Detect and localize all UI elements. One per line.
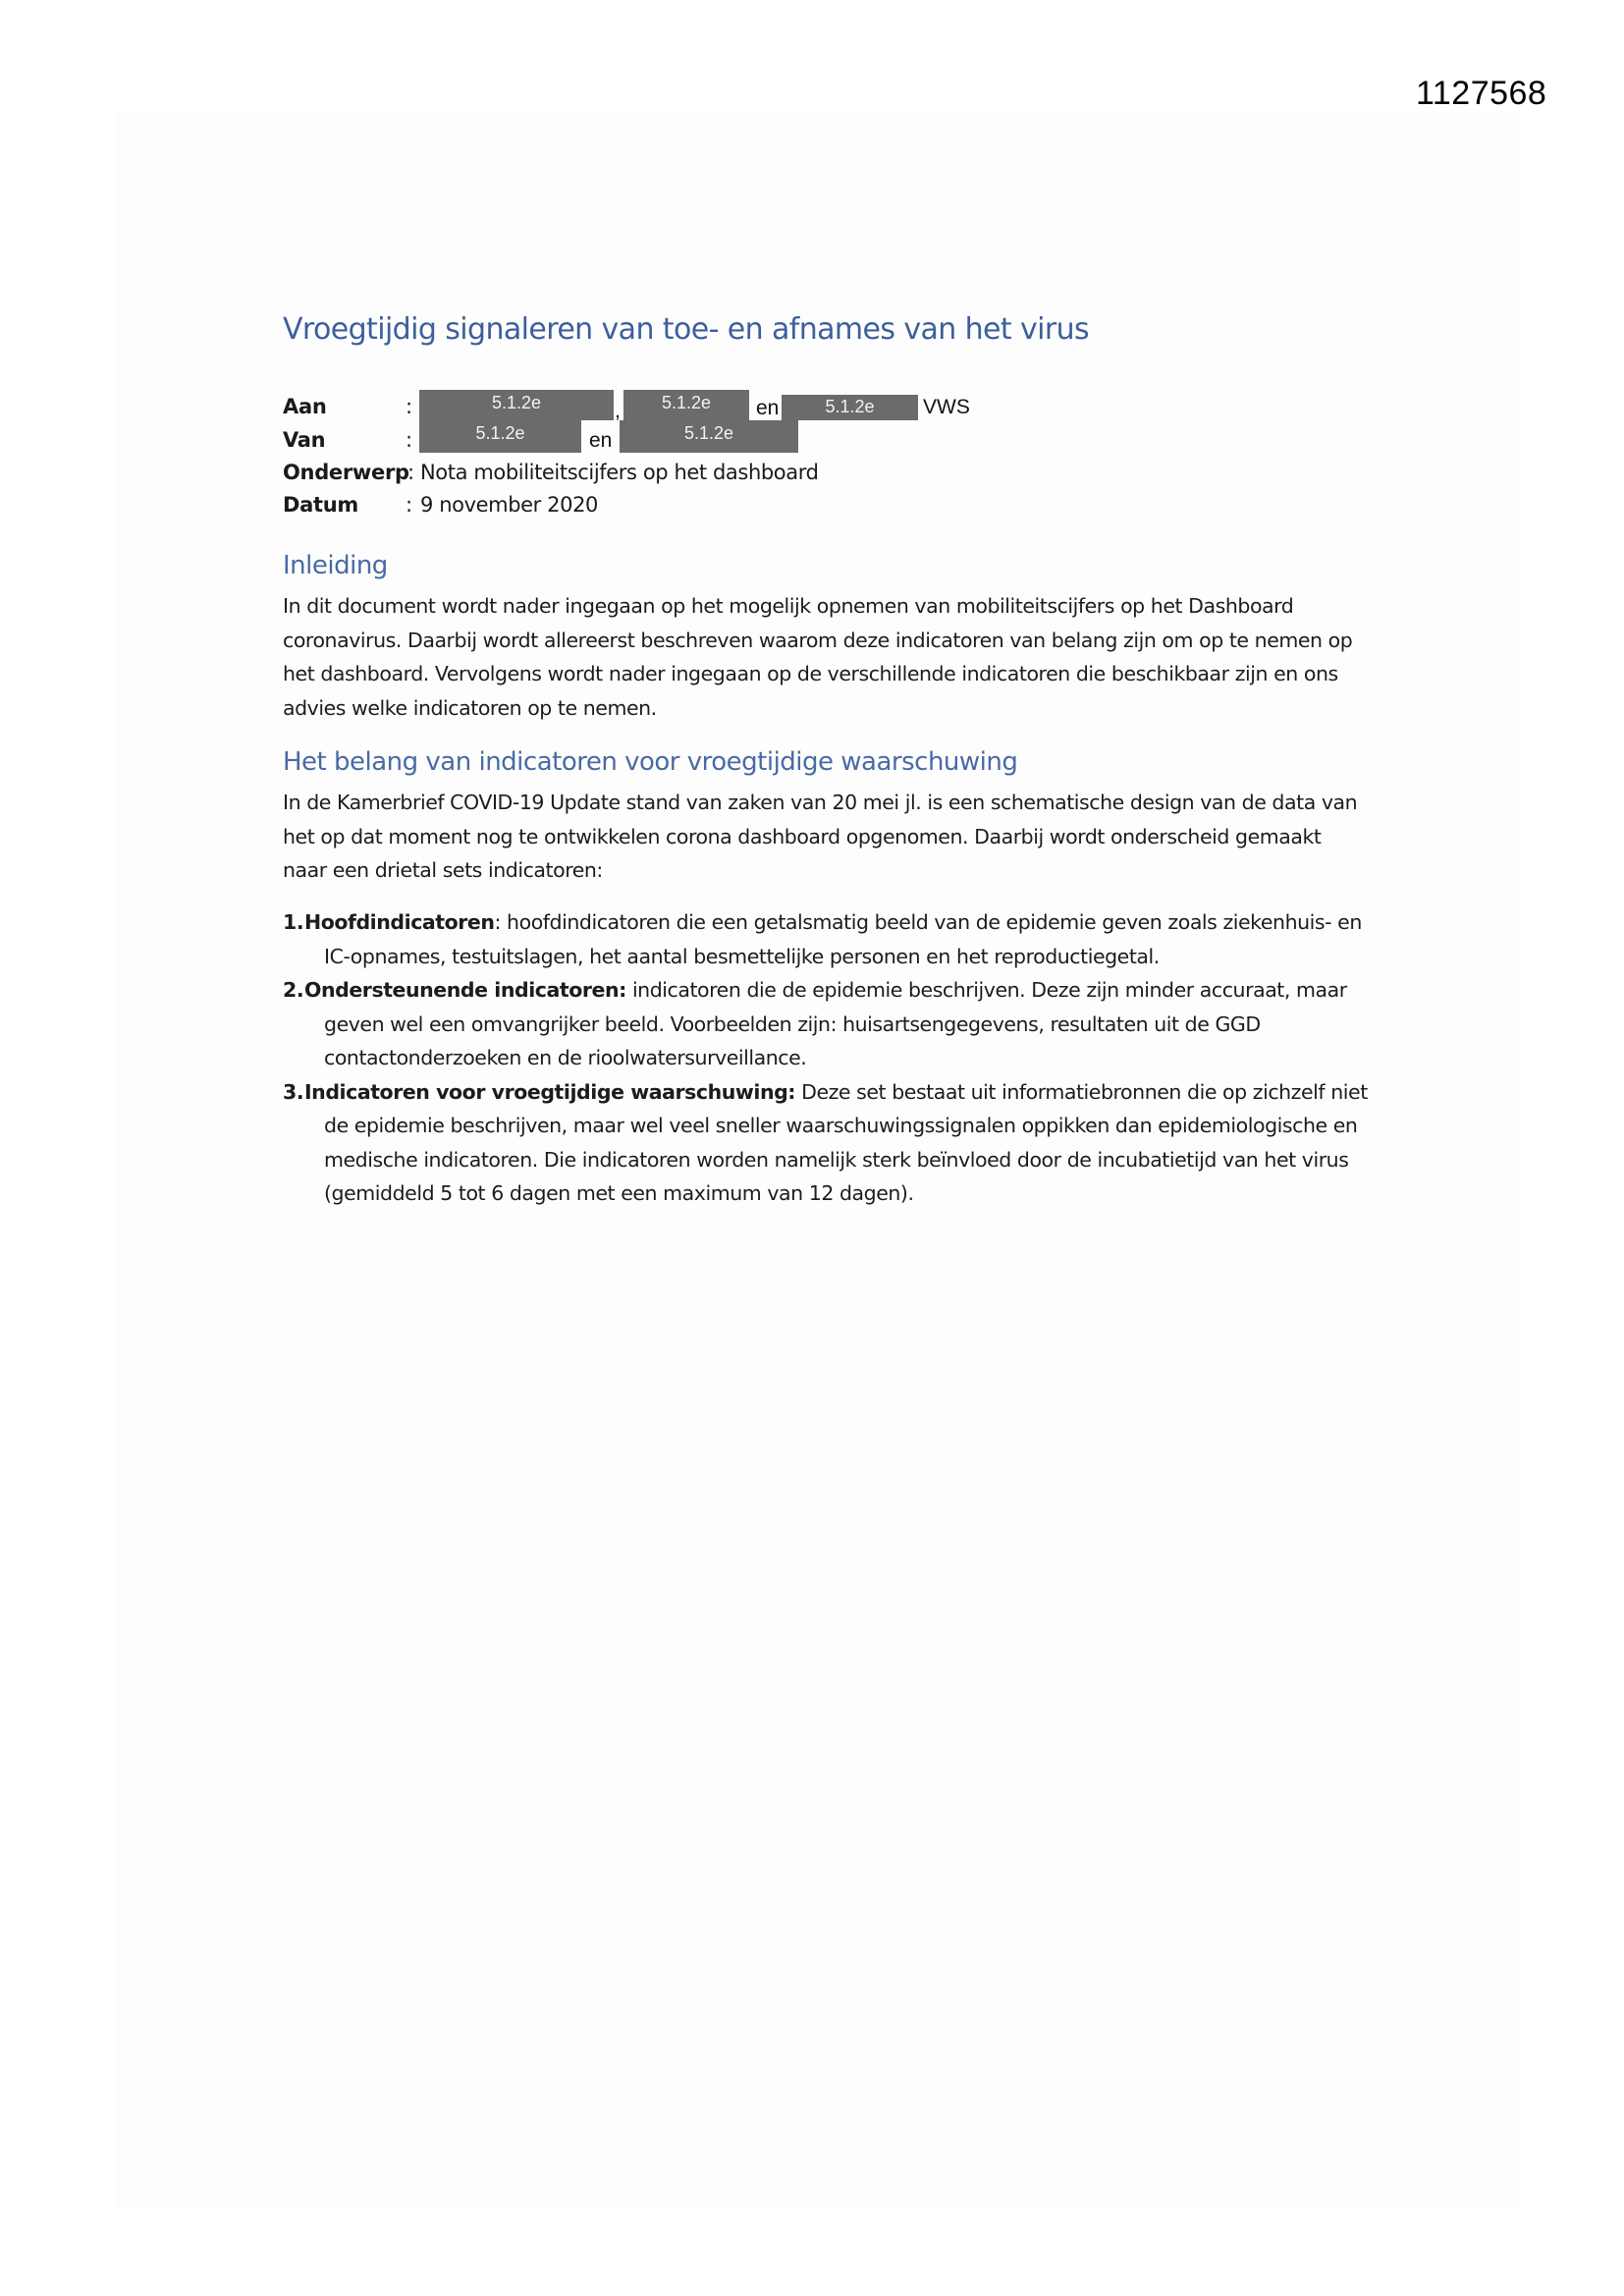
redaction-box: 5.1.2e [623, 390, 749, 420]
recipient-organization: VWS [923, 393, 970, 422]
redaction-box: 5.1.2e [620, 420, 798, 453]
indicator-list: 1.Hoofdindicatoren: hoofdindicatoren die… [283, 905, 1373, 1211]
meta-label-datum: Datum [283, 489, 358, 520]
list-item-term: Ondersteunende indicatoren: [304, 978, 626, 1002]
meta-colon: : [406, 391, 412, 422]
list-item-term: Indicatoren voor vroegtijdige waarschuwi… [304, 1080, 795, 1104]
document-number: 1127568 [1416, 75, 1546, 113]
section-heading-inleiding: Inleiding [283, 551, 388, 580]
separator-en: en [589, 426, 612, 456]
list-item: 1.Hoofdindicatoren: hoofdindicatoren die… [283, 905, 1373, 973]
list-item-number: 2. [283, 973, 304, 1008]
list-item-number: 3. [283, 1075, 304, 1110]
meta-label-van: Van [283, 424, 325, 456]
section-paragraph-belang: In de Kamerbrief COVID-19 Update stand v… [283, 786, 1363, 888]
document-title: Vroegtijdig signaleren van toe- en afnam… [283, 312, 1089, 347]
list-item-term: Hoofdindicatoren [304, 910, 495, 934]
section-paragraph-inleiding: In dit document wordt nader ingegaan op … [283, 589, 1363, 725]
meta-value-datum: 9 november 2020 [420, 489, 598, 520]
meta-row-datum: Datum : 9 november 2020 [283, 489, 1068, 520]
list-item: 3.Indicatoren voor vroegtijdige waarschu… [283, 1075, 1373, 1211]
meta-label-onderwerp: Onderwerp [283, 457, 409, 488]
list-item: 2.Ondersteunende indicatoren: indicatore… [283, 973, 1373, 1075]
separator-en: en [756, 394, 779, 423]
meta-colon: : [407, 457, 414, 488]
redaction-box: 5.1.2e [419, 420, 581, 453]
meta-colon: : [406, 424, 412, 456]
meta-row-onderwerp: Onderwerp : Nota mobiliteitscijfers op h… [283, 457, 1068, 488]
meta-colon: : [406, 489, 412, 520]
redaction-box: 5.1.2e [419, 390, 614, 420]
redaction-box: 5.1.2e [782, 395, 918, 420]
section-heading-belang: Het belang van indicatoren voor vroegtij… [283, 747, 1017, 777]
meta-label-aan: Aan [283, 391, 326, 422]
list-item-number: 1. [283, 905, 304, 940]
meta-value-onderwerp: Nota mobiliteitscijfers op het dashboard [420, 457, 819, 488]
